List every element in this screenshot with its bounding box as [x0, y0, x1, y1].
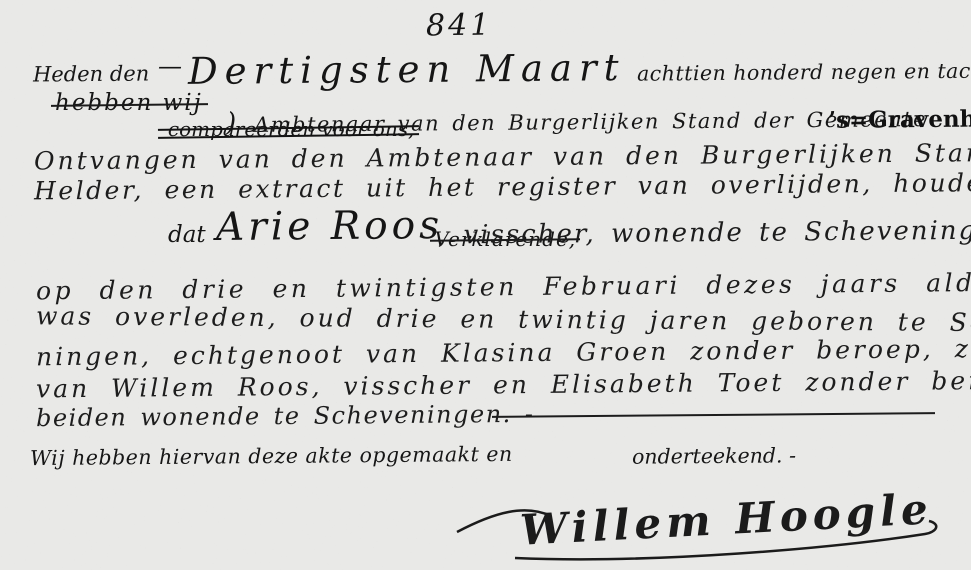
printed-year: achttien honderd negen en tachtig, — [637, 58, 971, 85]
closing-paren-mark: ) — [226, 108, 236, 138]
signature-flourish — [455, 490, 945, 565]
filler-rule-line — [492, 412, 935, 418]
printed-heden-den: Heden den — [33, 61, 149, 86]
act-number: 841 — [426, 7, 493, 43]
deceased-name: Arie Roos — [216, 203, 443, 250]
closing-part1: Wij hebben hiervan deze akte opgemaakt e… — [30, 442, 513, 470]
body-line-overleden: was overleden, oud drie en twintig jaren… — [36, 301, 971, 337]
closing-part2: onderteekend. - — [632, 443, 796, 468]
body-line-parents: van Willem Roos, visscher en Elisabeth T… — [36, 366, 971, 404]
blank-fill-dash: — — [158, 52, 182, 80]
body-line-date-of-death: op den drie en twintigsten Februari deze… — [36, 268, 971, 306]
death-record-document: 841 Heden den — Dertigsten Maart achttie… — [0, 0, 971, 570]
struck-hebben-wij: hebben wij — [55, 90, 203, 116]
body-word-dat: dat — [168, 222, 206, 248]
body-after-name: , visscher, wonende te Scheveningen — [438, 215, 971, 250]
body-line-beiden: beiden wonende te Scheveningen. - — [36, 400, 535, 432]
printed-official-title: Ambtenaar van den Burgerlijken Stand der… — [254, 107, 927, 137]
handwritten-date: Dertigsten Maart — [188, 46, 626, 93]
body-line-echtgenoot: ningen, echtgenoot van Klasina Groen zon… — [36, 334, 971, 372]
municipality-name: ’s=Gravenhage, — [828, 105, 971, 134]
